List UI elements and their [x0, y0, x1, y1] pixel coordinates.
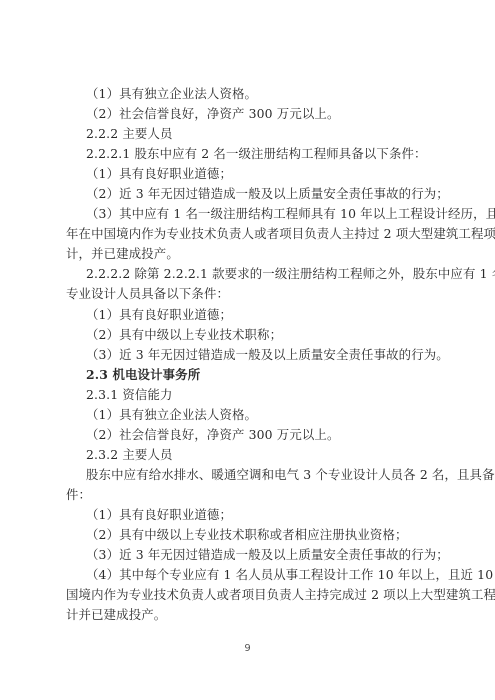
text-line: （2）社会信誉良好，净资产 300 万元以上。 — [66, 425, 434, 445]
text-line: （1）具有独立企业法人资格。 — [66, 405, 434, 425]
text-line: 计，并已建成投产。 — [66, 244, 434, 264]
document-body: （1）具有独立企业法人资格。（2）社会信誉良好，净资产 300 万元以上。2.2… — [66, 84, 434, 625]
text-line: （1）具有独立企业法人资格。 — [66, 84, 434, 104]
page-number: 9 — [0, 643, 495, 654]
text-line: （1）具有良好职业道德； — [66, 305, 434, 325]
text-line: 年在中国境内作为专业技术负责人或者项目负责人主持过 2 项大型建筑工程项目设 — [66, 224, 434, 244]
text-line: 股东中应有给水排水、暖通空调和电气 3 个专业设计人员各 2 名，且具备以下条 — [66, 465, 434, 485]
text-line: 计并已建成投产。 — [66, 605, 434, 625]
text-line: （2）近 3 年无因过错造成一般及以上质量安全责任事故的行为； — [66, 184, 434, 204]
text-line: （2）具有中级以上专业技术职称； — [66, 325, 434, 345]
text-line: 2.2.2.2 除第 2.2.2.1 款要求的一级注册结构工程师之外，股东中应有… — [66, 264, 434, 284]
text-line: （1）具有良好职业道德； — [66, 505, 434, 525]
text-line: 2.2.2.1 股东中应有 2 名一级注册结构工程师具备以下条件： — [66, 144, 434, 164]
text-line: （3）其中应有 1 名一级注册结构工程师具有 10 年以上工程设计经历，且近 1… — [66, 204, 434, 224]
text-line: 2.3.2 主要人员 — [66, 445, 434, 465]
text-line: （3）近 3 年无因过错造成一般及以上质量安全责任事故的行为。 — [66, 345, 434, 365]
text-line: 2.2.2 主要人员 — [66, 124, 434, 144]
text-line: （2）具有中级以上专业技术职称或者相应注册执业资格； — [66, 525, 434, 545]
text-line: 专业设计人员具备以下条件： — [66, 284, 434, 304]
text-line: （3）近 3 年无因过错造成一般及以上质量安全责任事故的行为； — [66, 545, 434, 565]
text-line: （4）其中每个专业应有 1 名人员从事工程设计工作 10 年以上，且近 10 年… — [66, 565, 434, 585]
text-line: 2.3.1 资信能力 — [66, 385, 434, 405]
text-line: 件： — [66, 485, 434, 505]
section-heading: 2.3 机电设计事务所 — [66, 365, 434, 385]
text-line: 国境内作为专业技术负责人或者项目负责人主持完成过 2 项以上大型建筑工程项目设 — [66, 585, 434, 605]
text-line: （2）社会信誉良好，净资产 300 万元以上。 — [66, 104, 434, 124]
text-line: （1）具有良好职业道德； — [66, 164, 434, 184]
